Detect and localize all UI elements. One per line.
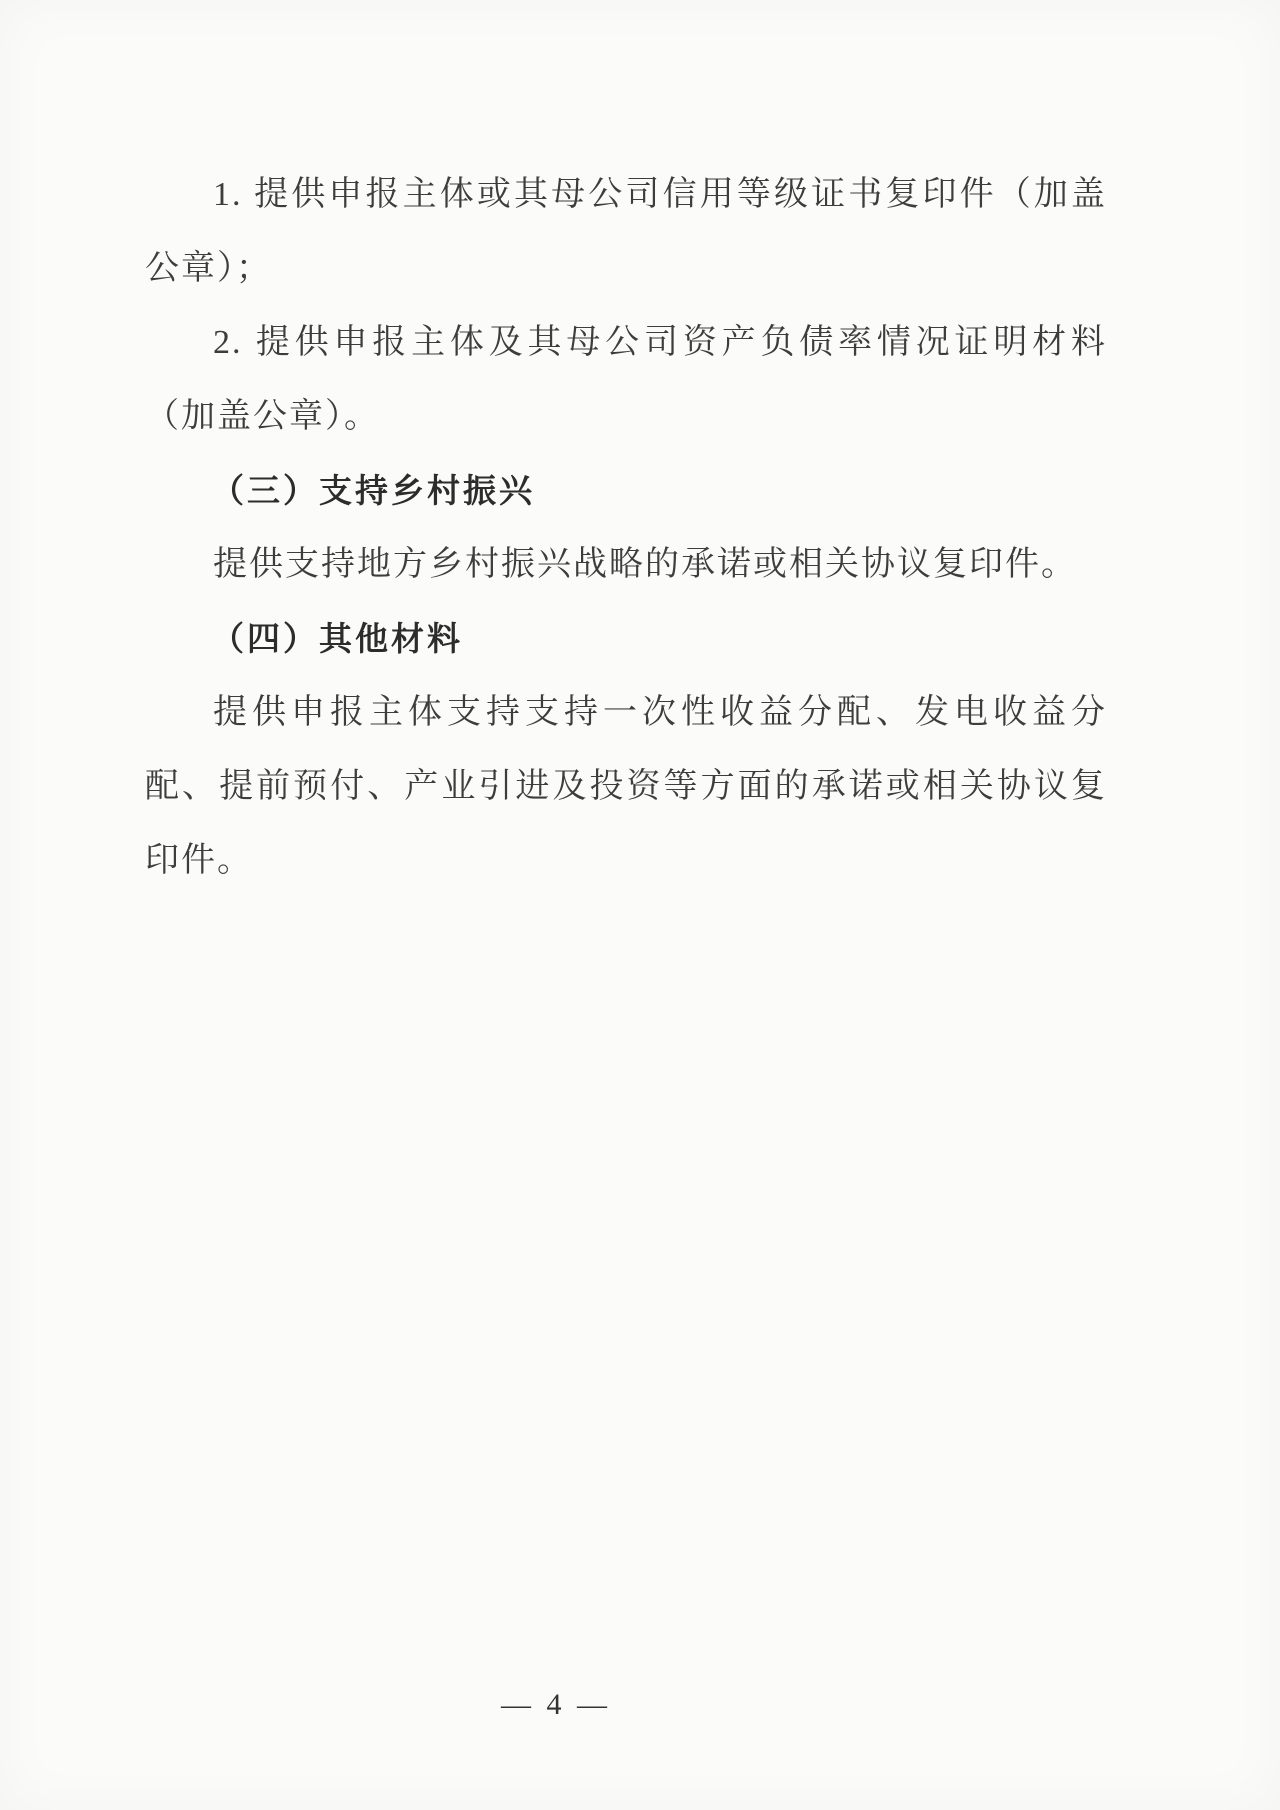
list-item-1: 1. 提供申报主体或其母公司信用等级证书复印件（加盖公章）； [145, 158, 1107, 306]
page-number: — 4 — [0, 1688, 1112, 1722]
section-3-body: 提供支持地方乡村振兴战略的承诺或相关协议复印件。 [145, 528, 1107, 602]
document-page: 1. 提供申报主体或其母公司信用等级证书复印件（加盖公章）； 2. 提供申报主体… [0, 0, 1280, 1810]
section-heading-4: （四）其他材料 [145, 602, 1107, 676]
list-item-2: 2. 提供申报主体及其母公司资产负债率情况证明材料（加盖公章）。 [145, 306, 1107, 454]
document-body: 1. 提供申报主体或其母公司信用等级证书复印件（加盖公章）； 2. 提供申报主体… [145, 158, 1107, 898]
section-heading-3: （三）支持乡村振兴 [145, 454, 1107, 528]
section-4-body: 提供申报主体支持支持一次性收益分配、发电收益分配、提前预付、产业引进及投资等方面… [145, 676, 1107, 898]
